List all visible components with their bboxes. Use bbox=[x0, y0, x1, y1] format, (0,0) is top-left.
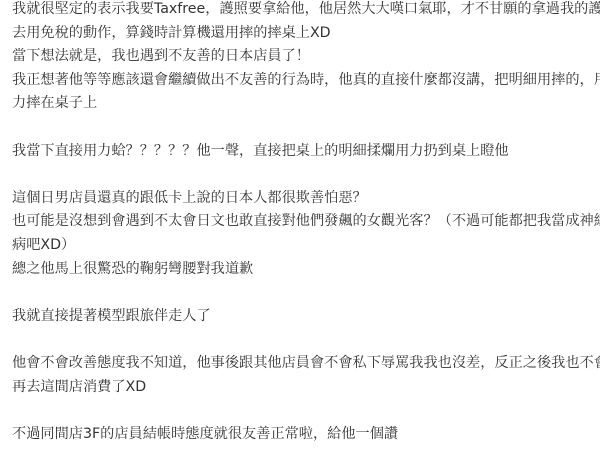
paragraph-spacer bbox=[12, 163, 592, 187]
paragraph-spacer bbox=[12, 399, 592, 423]
text-line: 這個日男店員還真的跟低卡上說的日本人都很欺善怕惡？ bbox=[12, 187, 592, 211]
paragraph-4: 我就直接提著模型跟旅伴走人了 bbox=[12, 305, 592, 329]
text-line: 再去這間店消費了XD bbox=[12, 376, 592, 400]
text-line: 我就很堅定的表示我要Taxfree，護照要拿給他，他居然大大嘆口氣耶，才不甘願的… bbox=[12, 0, 592, 22]
text-line: 力摔在桌子上 bbox=[12, 92, 592, 116]
paragraph-5: 他會不會改善態度我不知道，他事後跟其他店員會不會私下辱罵我我也沒差，反正之後我也… bbox=[12, 352, 592, 399]
paragraph-2: 我當下直接用力蛤？？？？？他一聲，直接把桌上的明細揉爛用力扔到桌上瞪他 bbox=[12, 140, 592, 164]
text-line: 當下想法就是，我也遇到不友善的日本店員了！ bbox=[12, 45, 592, 69]
paragraph-6: 不過同間店3F的店員結帳時態度就很友善正常啦，給他一個讚 bbox=[12, 423, 592, 447]
paragraph-1: 我就很堅定的表示我要Taxfree，護照要拿給他，他居然大大嘆口氣耶，才不甘願的… bbox=[12, 0, 592, 116]
text-line: 我正想著他等等應該還會繼續做出不友善的行為時，他真的直接什麼都沒講，把明細用摔的… bbox=[12, 69, 592, 93]
text-line: 他會不會改善態度我不知道，他事後跟其他店員會不會私下辱罵我我也沒差，反正之後我也… bbox=[12, 352, 592, 376]
text-line: 我就直接提著模型跟旅伴走人了 bbox=[12, 305, 592, 329]
paragraph-3: 這個日男店員還真的跟低卡上說的日本人都很欺善怕惡？ 也可能是沒想到會遇到不太會日… bbox=[12, 187, 592, 281]
text-line: 病吧XD） bbox=[12, 234, 592, 258]
text-line: 總之他馬上很驚恐的鞠躬彎腰對我道歉 bbox=[12, 258, 592, 282]
paragraph-spacer bbox=[12, 116, 592, 140]
text-line: 我當下直接用力蛤？？？？？他一聲，直接把桌上的明細揉爛用力扔到桌上瞪他 bbox=[12, 140, 592, 164]
text-line: 去用免稅的動作，算錢時計算機還用摔的摔桌上XD bbox=[12, 22, 592, 46]
text-line: 也可能是沒想到會遇到不太會日文也敢直接對他們發飆的女觀光客？（不過可能都把我當成… bbox=[12, 210, 592, 234]
paragraph-spacer bbox=[12, 328, 592, 352]
text-line: 不過同間店3F的店員結帳時態度就很友善正常啦，給他一個讚 bbox=[12, 423, 592, 447]
paragraph-spacer bbox=[12, 281, 592, 305]
post-body: 我就很堅定的表示我要Taxfree，護照要拿給他，他居然大大嘆口氣耶，才不甘願的… bbox=[12, 0, 592, 446]
